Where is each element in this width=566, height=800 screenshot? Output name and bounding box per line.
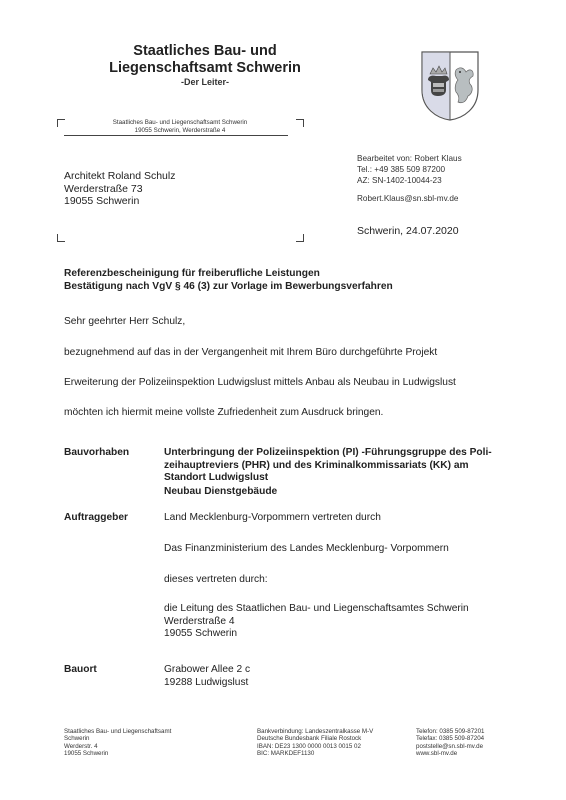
organization-name-line2: Liegenschaftsamt Schwerin bbox=[60, 60, 350, 77]
recipient-name: Architekt Roland Schulz bbox=[64, 170, 175, 183]
value-bauvorhaben-type: Neubau Dienstgebäude bbox=[164, 486, 504, 499]
divider bbox=[64, 135, 288, 136]
body-paragraph: möchten ich hiermit meine vollste Zufrie… bbox=[64, 407, 383, 418]
address-window-corner bbox=[57, 119, 65, 127]
value-bauort: Grabower Allee 2 c 19288 Ludwigslust bbox=[164, 664, 504, 689]
bauort-line: Grabower Allee 2 c bbox=[164, 664, 504, 677]
auftraggeber-line: die Leitung des Staatlichen Bau- und Lie… bbox=[164, 603, 504, 616]
subject: Referenzbescheinigung für freiberufliche… bbox=[64, 268, 393, 293]
footer-email-link[interactable]: poststelle@sn.sbl-mv.de bbox=[416, 743, 484, 750]
footer-line: IBAN: DE23 1300 0000 0013 0015 02 bbox=[257, 743, 373, 750]
footer-fax: Telefax: 0385 509-87204 bbox=[416, 735, 484, 742]
subject-line1: Referenzbescheinigung für freiberufliche… bbox=[64, 268, 393, 281]
footer-contact: Telefon: 0385 509-87201 Telefax: 0385 50… bbox=[416, 728, 484, 758]
footer-line: 19055 Schwerin bbox=[64, 750, 171, 757]
footer-line: Deutsche Bundesbank Filiale Rostock bbox=[257, 735, 373, 742]
coat-of-arms-icon bbox=[420, 50, 480, 122]
auftraggeber-line: 19055 Schwerin bbox=[164, 628, 504, 641]
subject-line2: Bestätigung nach VgV § 46 (3) zur Vorlag… bbox=[64, 281, 393, 294]
contact-block: Bearbeitet von: Robert Klaus Tel.: +49 3… bbox=[357, 153, 462, 204]
project-name: Erweiterung der Polizeiinspektion Ludwig… bbox=[64, 377, 456, 388]
recipient-city: 19055 Schwerin bbox=[64, 195, 175, 208]
address-window-corner bbox=[296, 119, 304, 127]
organization-name-line1: Staatliches Bau- und bbox=[60, 43, 350, 60]
label-bauvorhaben: Bauvorhaben bbox=[64, 447, 129, 458]
label-auftraggeber: Auftraggeber bbox=[64, 512, 128, 523]
salutation: Sehr geehrter Herr Schulz, bbox=[64, 316, 185, 327]
footer-line: Bankverbindung: Landeszentralkasse M-V bbox=[257, 728, 373, 735]
address-window-corner bbox=[296, 234, 304, 242]
reference-number: AZ: SN-1402-10044-23 bbox=[357, 175, 462, 186]
address-window-corner bbox=[57, 234, 65, 242]
recipient-address: Architekt Roland Schulz Werderstraße 73 … bbox=[64, 170, 175, 208]
footer-line: Schwerin bbox=[64, 735, 171, 742]
value-auftraggeber: Das Finanzministerium des Landes Mecklen… bbox=[164, 543, 504, 556]
footer-line: Staatliches Bau- und Liegenschaftsamt bbox=[64, 728, 171, 735]
footer-line: BIC: MARKDEF1130 bbox=[257, 750, 373, 757]
label-bauort: Bauort bbox=[64, 664, 97, 675]
footer-website-link[interactable]: www.sbl-mv.de bbox=[416, 750, 484, 757]
organization-subtitle: -Der Leiter- bbox=[60, 77, 350, 87]
recipient-street: Werderstraße 73 bbox=[64, 183, 175, 196]
sender-return-address: Staatliches Bau- und Liegenschaftsamt Sc… bbox=[65, 119, 295, 134]
footer-bank: Bankverbindung: Landeszentralkasse M-V D… bbox=[257, 728, 373, 758]
handled-by: Bearbeitet von: Robert Klaus bbox=[357, 153, 462, 164]
bauort-line: 19288 Ludwigslust bbox=[164, 677, 504, 690]
footer-phone: Telefon: 0385 509-87201 bbox=[416, 728, 484, 735]
value-auftraggeber: Land Mecklenburg-Vorpommern vertreten du… bbox=[164, 512, 504, 525]
email-link[interactable]: Robert.Klaus@sn.sbl-mv.de bbox=[357, 193, 462, 204]
phone: Tel.: +49 385 509 87200 bbox=[357, 164, 462, 175]
bauvorhaben-line: Standort Ludwigslust bbox=[164, 472, 504, 485]
sender-line2: 19055 Schwerin, Werderstraße 4 bbox=[65, 127, 295, 135]
value-auftraggeber-address: die Leitung des Staatlichen Bau- und Lie… bbox=[164, 603, 504, 641]
organization-name: Staatliches Bau- und Liegenschaftsamt Sc… bbox=[60, 43, 350, 77]
body-paragraph: bezugnehmend auf das in der Vergangenhei… bbox=[64, 347, 437, 358]
letter-date: Schwerin, 24.07.2020 bbox=[357, 225, 459, 237]
bauvorhaben-line: zeihauptreviers (PHR) und des Kriminalko… bbox=[164, 460, 504, 473]
footer-line: Werderstr. 4 bbox=[64, 743, 171, 750]
value-auftraggeber: dieses vertreten durch: bbox=[164, 574, 504, 587]
footer-address: Staatliches Bau- und Liegenschaftsamt Sc… bbox=[64, 728, 171, 758]
bauvorhaben-line: Unterbringung der Polizeiinspektion (PI)… bbox=[164, 447, 504, 460]
sender-line1: Staatliches Bau- und Liegenschaftsamt Sc… bbox=[65, 119, 295, 127]
value-bauvorhaben: Unterbringung der Polizeiinspektion (PI)… bbox=[164, 447, 504, 485]
auftraggeber-line: Werderstraße 4 bbox=[164, 616, 504, 629]
